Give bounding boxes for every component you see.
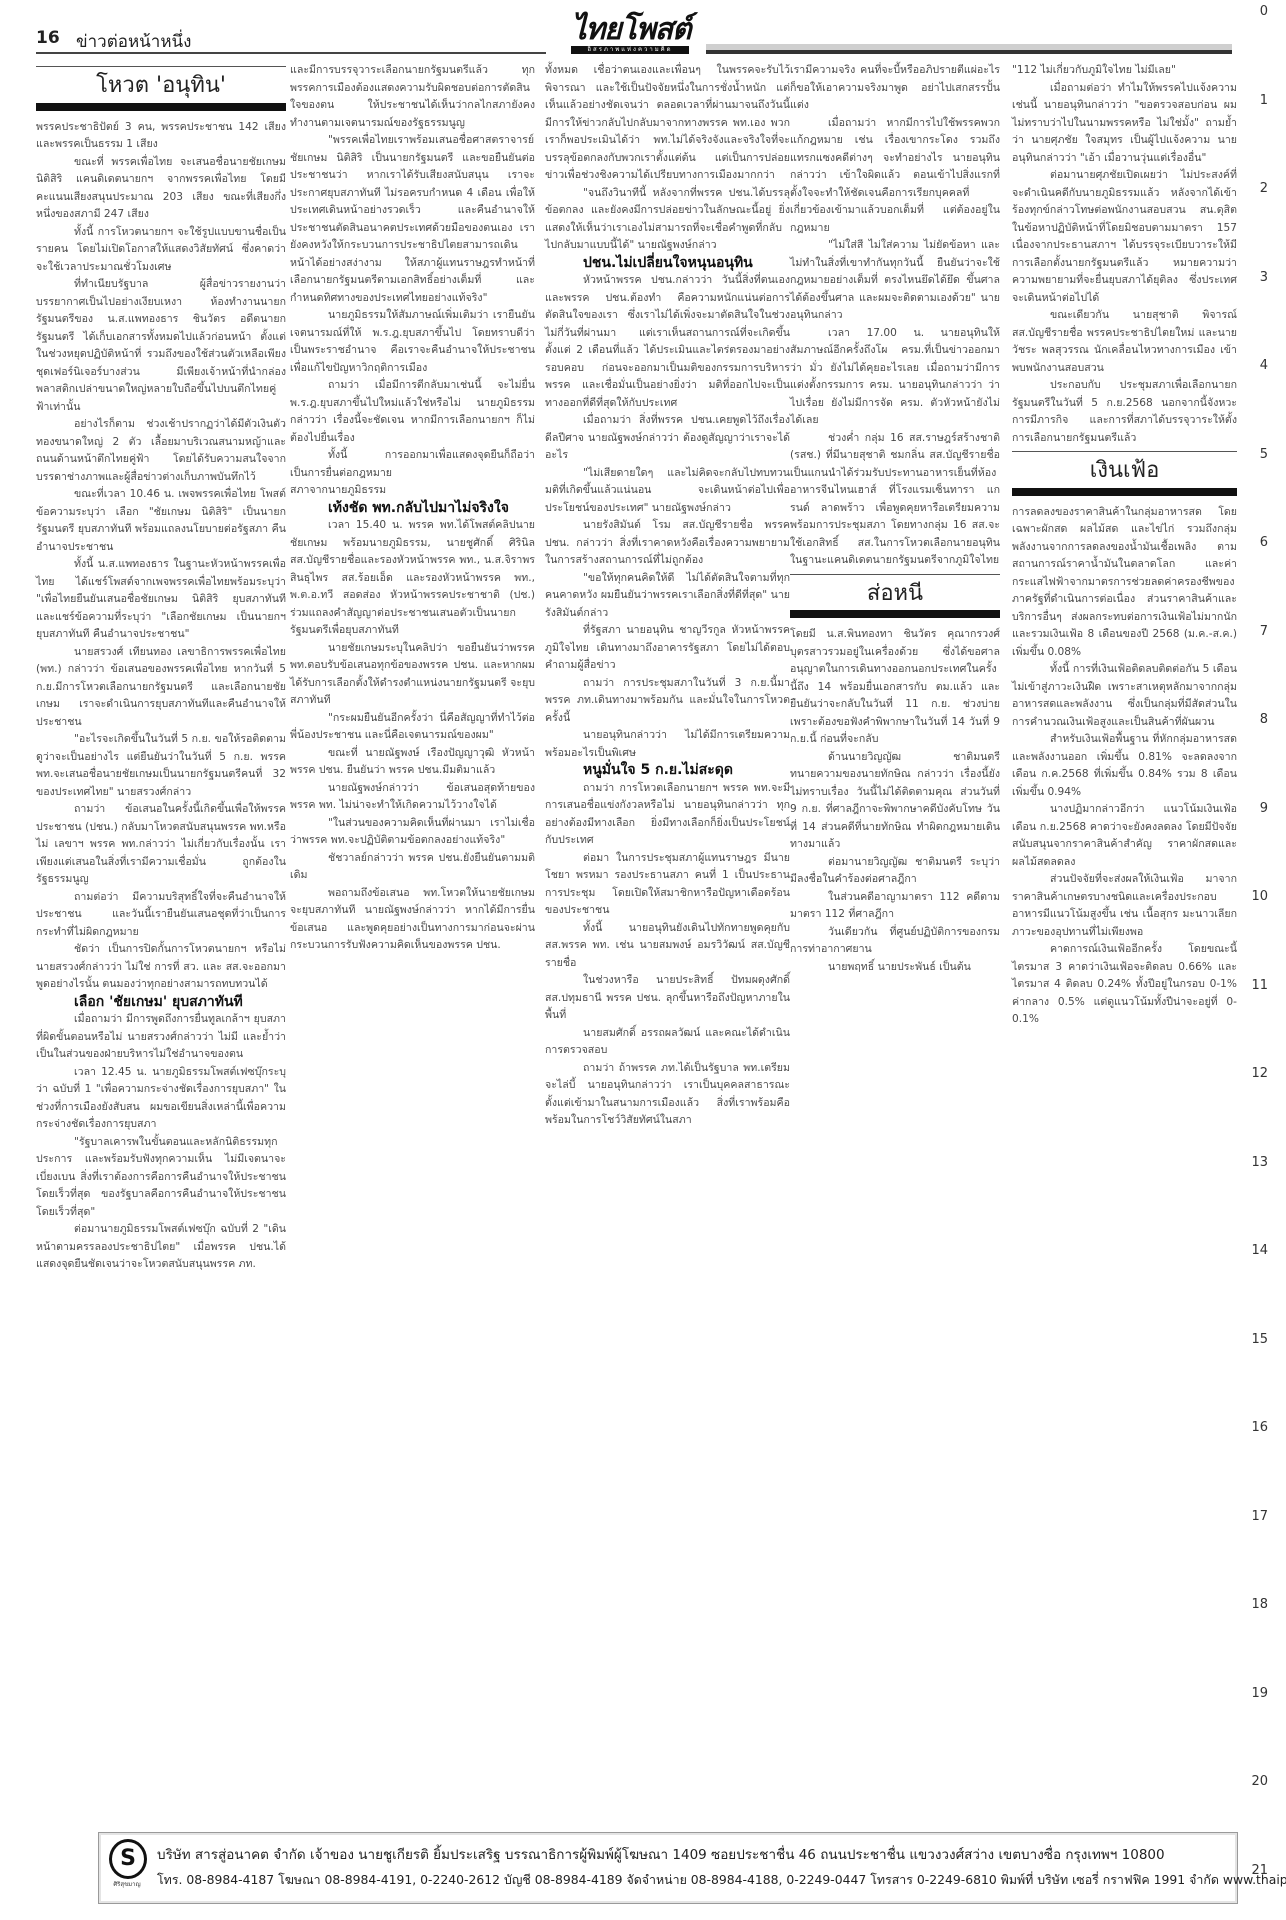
publisher-logo: S ศิริสุขมาญ — [109, 1839, 145, 1897]
paragraph: นายพฤทธิ์ นายประพันธ์ เป็นต้น — [790, 959, 1000, 977]
ruler-mark: 9 — [1260, 801, 1268, 816]
paragraph: ทั้งนี้ การที่เงินเฟ้อติดลบติดต่อกัน 5 เ… — [1012, 661, 1237, 731]
paragraph: "112 ไม่เกี่ยวกับภูมิใจไทย ไม่มีเลย" — [1012, 62, 1237, 80]
paragraph: ด้านนายวิญญัฒ ชาติมนตรี ทนายความของนายทั… — [790, 749, 1000, 854]
paragraph: "ไม่เสียดายใดๆ และไม่คิดจะกลับไปทบทวนมติ… — [545, 465, 790, 518]
ruler-mark: 17 — [1251, 1509, 1268, 1524]
ruler-mark: 1 — [1260, 93, 1268, 108]
paragraph: ทั้งนี้ นายอนุทินยังเดินไปทักทายพูดคุยกั… — [545, 920, 790, 973]
ruler-mark: 7 — [1260, 624, 1268, 639]
article-headline: โหวต 'อนุทิน' — [36, 77, 286, 95]
publisher-address: บริษัท สารสู่อนาคต จำกัด เจ้าของ นายชูเก… — [157, 1843, 1165, 1865]
ruler-mark: 0 — [1260, 4, 1268, 19]
paragraph: นายภูมิธรรมให้สัมภาษณ์เพิ่มเติมว่า เรายื… — [290, 307, 535, 377]
article-headline-box: เงินเฟ้อ — [1012, 451, 1237, 488]
page-header: 16 ข่าวต่อหน้าหนึ่ง ไทยโพสต์ อิสรภาพแห่ง… — [36, 14, 1232, 54]
paragraph: นายสมศักดิ์ อรรถผลวัฒน์ และคณะได้ดำเนินก… — [545, 1025, 790, 1060]
paragraph: วันเดียวกัน ที่ศูนย์ปฏิบัติการของกรมการท… — [790, 924, 1000, 959]
subheadline: หนูมั่นใจ 5 ก.ย.ไม่สะดุด — [545, 762, 790, 780]
paragraph: เมื่อถามว่า มีการพูดถึงการยื่นทูลเกล้าฯ … — [36, 1011, 286, 1064]
ruler-mark: 16 — [1251, 1420, 1268, 1435]
paragraph: พอถามถึงข้อเสนอ พท.โหวตให้นายชัยเกษมจะยุ… — [290, 885, 535, 955]
ruler-mark: 6 — [1260, 535, 1268, 550]
article-headline-box: ส่อหนี — [790, 574, 1000, 611]
paragraph: "รัฐบาลเคารพในขั้นตอนและหลักนิติธรรมทุกป… — [36, 1134, 286, 1222]
paragraph: และมีการบรรจุวาระเลือกนายกรัฐมนตรีแล้ว ท… — [290, 62, 535, 132]
publisher-contact: โทร. 08-8984-4187 โฆษณา 08-8984-4191, 0-… — [157, 1871, 1286, 1890]
headline-bar — [790, 610, 1000, 618]
paragraph: หัวหน้าพรรค ปชน.กล่าวว่า วันนี้สิ่งที่ตน… — [545, 272, 790, 412]
paragraph: ต่อมา ในการประชุมสภาผู้แทนราษฎร มีนายโชย… — [545, 850, 790, 920]
paragraph: นายอนุทินกล่าวว่า ไม่ได้มีการเตรียมความพ… — [545, 727, 790, 762]
paragraph: เมื่อถามว่า สิ่งที่พรรค ปชน.เคยพูดไว้ถึง… — [545, 412, 790, 465]
paragraph: "ไม่ใส่สี ไม่ใส่ความ ไม่ยัดข้อหา และไม่ท… — [790, 237, 1000, 325]
ruler-mark: 18 — [1251, 1597, 1268, 1612]
paragraph: คาดการณ์เงินเฟ้ออีกครั้ง โดยขณะนี้ ไตรมา… — [1012, 941, 1237, 1029]
subheadline: เลือก 'ชัยเกษม' ยุบสภาทันที — [36, 994, 286, 1012]
paragraph: ถามว่า การประชุมสภาในวันที่ 3 ก.ย.นี้มา … — [545, 675, 790, 728]
article-headline: ส่อหนี — [790, 585, 1000, 603]
paragraph: สภาจากนายภูมิธรรม — [290, 482, 535, 500]
paragraph: ส่วนปัจจัยที่จะส่งผลให้เงินเฟ้อ มาจากราค… — [1012, 871, 1237, 941]
publisher-logo-icon: S — [109, 1839, 147, 1879]
paragraph: เมื่อถามว่า หากมีการไปใช้พรรคพวกแก้กฎหมา… — [790, 115, 1000, 238]
page-number: 16 — [36, 28, 60, 48]
paragraph: "อะไรจะเกิดขึ้นในวันที่ 5 ก.ย. ขอให้รอติ… — [36, 731, 286, 801]
publisher-footer: S ศิริสุขมาญ บริษัท สารสู่อนาคต จำกัด เจ… — [98, 1832, 1238, 1904]
article-headline-box: โหวต 'อนุทิน' — [36, 66, 286, 103]
paragraph: "พรรคเพื่อไทยเราพร้อมเสนอชื่อศาสตราจารย์… — [290, 132, 535, 307]
paragraph: ถามว่า ถ้าพรรค ภท.ได้เป็นรัฐบาล พท.เตรีย… — [545, 1060, 790, 1130]
ruler-mark: 13 — [1251, 1155, 1268, 1170]
paragraph: โดยมี น.ส.พินทองทา ชินวัตร คุณากรวงศ์ บุ… — [790, 626, 1000, 749]
paragraph: ถามว่า การโหวตเลือกนายกฯ พรรค พท.จะมีการ… — [545, 780, 790, 850]
paragraph: นายณัฐพงษ์กล่าวว่า ข้อเสนอสุดท้ายของพรรค… — [290, 780, 535, 815]
subheadline: ปชน.ไม่เปลี่ยนใจหนุนอนุทิน — [545, 255, 790, 273]
subheadline: เท้งชัด พท.กลับไปมาไม่จริงใจ — [290, 500, 535, 518]
paragraph: ทั้งหมด เชื่อว่าตนเองและเพื่อนๆ ในพรรคจะ… — [545, 62, 790, 185]
paragraph: ในส่วนคดีอาญามาตรา 112 คดีตามมาตรา 112 ท… — [790, 889, 1000, 924]
paragraph: "จนถึงวินาทีนี้ หลังจากที่พรรค ปชน.ได้บร… — [545, 185, 790, 255]
paragraph: การลดลงของราคาสินค้าในกลุ่มอาหารสด โดยเฉ… — [1012, 504, 1237, 662]
ruler-mark: 11 — [1251, 978, 1268, 993]
paragraph: ขณะที่ นายณัฐพงษ์ เรืองปัญญาวุฒิ หัวหน้า… — [290, 745, 535, 780]
ruler-mark: 10 — [1251, 889, 1268, 904]
paragraph: ทั้งนี้ น.ส.แพทองธาร ในฐานะหัวหน้าพรรคเพ… — [36, 556, 286, 644]
paragraph: เวลา 15.40 น. พรรค พท.ได้โพสต์คลิปนายชัย… — [290, 517, 535, 640]
ruler-mark: 20 — [1251, 1774, 1268, 1789]
ruler-mark: 2 — [1260, 181, 1268, 196]
publisher-logo-caption: ศิริสุขมาญ — [109, 1879, 145, 1889]
ruler-mark: 12 — [1251, 1066, 1268, 1081]
paragraph: เวลา 17.00 น. นายอนุทินให้สัมภาษณ์อีกครั… — [790, 325, 1000, 430]
page-ruler: 0123456789101112131415161718192021 — [1248, 0, 1268, 1920]
paragraph: ที่ทำเนียบรัฐบาล ผู้สื่อข่าวรายงานว่า บร… — [36, 276, 286, 416]
paragraph: ชัชวาลย์กล่าวว่า พรรค ปชน.ยังยืนยันตามมต… — [290, 850, 535, 885]
ruler-mark: 19 — [1251, 1686, 1268, 1701]
ruler-mark: 14 — [1251, 1243, 1268, 1258]
section-title: ข่าวต่อหน้าหนึ่ง — [76, 28, 191, 55]
ruler-mark: 15 — [1251, 1332, 1268, 1347]
column-3: ทั้งหมด เชื่อว่าตนเองและเพื่อนๆ ในพรรคจะ… — [545, 62, 790, 1130]
column-1: โหวต 'อนุทิน' พรรคประชาธิปัตย์ 3 คน, พรร… — [36, 62, 286, 1274]
paragraph: ต่อมานายวิญญัฒ ชาติมนตรี ระบุว่า มีลงชื่… — [790, 854, 1000, 889]
paragraph: ถามว่า ข้อเสนอในครั้งนี้เกิดขึ้นเพื่อให้… — [36, 801, 286, 889]
paragraph: ประกอบกับ ประชุมสภาเพื่อเลือกนายกรัฐมนตร… — [1012, 377, 1237, 447]
paragraph: ในช่วงหารือ นายประสิทธิ์ ปัทมผดุงศักดิ์ … — [545, 972, 790, 1025]
paragraph: ที่รัฐสภา นายอนุทิน ชาญวีรกูล หัวหน้าพรร… — [545, 622, 790, 675]
logo-tagline: อิสรภาพแห่งความคิด — [571, 46, 689, 54]
ruler-mark: 4 — [1260, 358, 1268, 373]
paragraph: เมื่อถามต่อว่า ทำไมให้พรรคไปแจ้งความเช่น… — [1012, 80, 1237, 168]
ruler-mark: 5 — [1260, 447, 1268, 462]
column-5: "112 ไม่เกี่ยวกับภูมิใจไทย ไม่มีเลย" เมื… — [1012, 62, 1237, 1029]
paragraph: ต่อมานายศุภชัยเปิดเผยว่า ไม่ประสงค์ที่จะ… — [1012, 167, 1237, 307]
paragraph: ถามต่อว่า มีความบริสุทธิ์ใจที่จะคืนอำนาจ… — [36, 889, 286, 942]
masthead-logo: ไทยโพสต์ อิสรภาพแห่งความคิด — [571, 14, 691, 54]
header-rule — [36, 52, 546, 54]
paragraph: "ในส่วนของความคิดเห็นที่ผ่านมา เราไม่เชื… — [290, 815, 535, 850]
paragraph: ช่วงค่ำ กลุ่ม 16 สส.ราษฎร์สร้างชาติ (รสช… — [790, 430, 1000, 570]
paragraph: เวลา 12.45 น. นายภูมิธรรมโพสต์เฟซบุ๊กระบ… — [36, 1064, 286, 1134]
headline-bar — [1012, 488, 1237, 496]
header-rule — [706, 44, 1232, 54]
column-2: และมีการบรรจุวาระเลือกนายกรัฐมนตรีแล้ว ท… — [290, 62, 535, 955]
paragraph: ทั้งนี้ การออกมาเพื่อแสดงจุดยืนก็ถือว่าเ… — [290, 447, 535, 482]
paragraph: ต่อมานายภูมิธรรมโพสต์เฟซบุ๊ก ฉบับที่ 2 "… — [36, 1221, 286, 1274]
paragraph: ถามว่า เมื่อมีการตีกลับมาเช่นนี้ จะไม่ยื… — [290, 377, 535, 447]
headline-bar — [36, 103, 286, 111]
paragraph: ขณะที่ พรรคเพื่อไทย จะเสนอชื่อนายชัยเกษม… — [36, 154, 286, 224]
paragraph: ขณะเดียวกัน นายสุชาติ พิจารณ์ สส.บัญชีรา… — [1012, 307, 1237, 377]
paragraph: "กระผมยืนยันอีกครั้งว่า นี่คือสัญญาที่ทำ… — [290, 710, 535, 745]
paragraph: นายรังสิมันต์ โรม สส.บัญชีรายชื่อ พรรค ป… — [545, 517, 790, 570]
column-4: เรามีความจริง คนที่จะบี้หรืออภิปรายตีแผ่… — [790, 62, 1000, 976]
article-headline: เงินเฟ้อ — [1012, 462, 1237, 480]
paragraph: นายสรวงศ์ เทียนทอง เลขาธิการพรรคเพื่อไทย… — [36, 644, 286, 732]
paragraph: "ขอให้ทุกคนคิดให้ดี ไม่ได้ตัดสินใจตามที่… — [545, 570, 790, 623]
logo-text: ไทยโพสต์ — [571, 14, 691, 46]
paragraph: สำหรับเงินเฟ้อพื้นฐาน ที่หักกลุ่มอาหารสด… — [1012, 731, 1237, 801]
ruler-mark: 3 — [1260, 270, 1268, 285]
paragraph: ขณะที่เวลา 10.46 น. เพจพรรคเพื่อไทย โพสต… — [36, 486, 286, 556]
paragraph: อย่างไรก็ตาม ช่วงเช้าปรากฏว่าได้มีตัวเงิ… — [36, 416, 286, 486]
paragraph: เรามีความจริง คนที่จะบี้หรืออภิปรายตีแผ่… — [790, 62, 1000, 115]
ruler-mark: 8 — [1260, 712, 1268, 727]
paragraph: นางปฏิมากล่าวอีกว่า แนวโน้มเงินเฟ้อเดือน… — [1012, 801, 1237, 871]
paragraph: นายชัยเกษมระบุในคลิปว่า ขอยืนยันว่าพรรค … — [290, 640, 535, 710]
paragraph: ทั้งนี้ การโหวตนายกฯ จะใช้รูปแบบขานชื่อเ… — [36, 224, 286, 277]
paragraph: ชัดว่า เป็นการปิดกั้นการโหวตนายกฯ หรือไม… — [36, 941, 286, 994]
paragraph: พรรคประชาธิปัตย์ 3 คน, พรรคประชาชน 142 เ… — [36, 119, 286, 154]
